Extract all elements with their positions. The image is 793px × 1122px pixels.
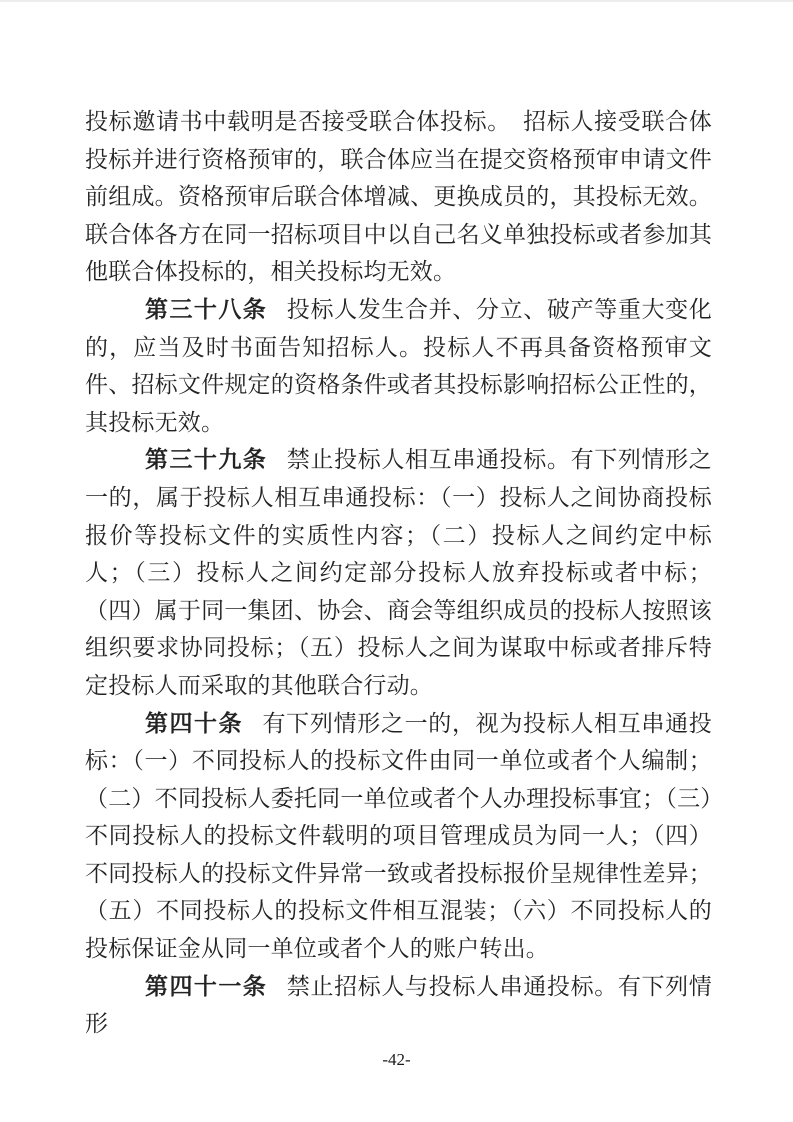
paragraph: 投标邀请书中载明是否接受联合体投标。 招标人接受联合体投标并进行资格预审的，联合… bbox=[85, 103, 712, 291]
article-number: 第三十八条 bbox=[145, 297, 267, 322]
paragraph: 第三十九条禁止投标人相互串通投标。有下列情形之一的，属于投标人相互串通投标：（一… bbox=[85, 441, 712, 704]
document-body: 投标邀请书中载明是否接受联合体投标。 招标人接受联合体投标并进行资格预审的，联合… bbox=[85, 103, 712, 1043]
paragraph: 第四十一条禁止招标人与投标人串通投标。有下列情形 bbox=[85, 968, 712, 1043]
paragraph: 第四十条有下列情形之一的，视为投标人相互串通投标：（一）不同投标人的投标文件由同… bbox=[85, 705, 712, 968]
page-top-edge bbox=[0, 0, 793, 2]
page-number: -42- bbox=[0, 1049, 793, 1071]
article-number: 第四十一条 bbox=[145, 974, 267, 999]
article-number: 第三十九条 bbox=[145, 447, 267, 472]
paragraph: 第三十八条投标人发生合并、分立、破产等重大变化的，应当及时书面告知招标人。投标人… bbox=[85, 291, 712, 441]
article-text: 禁止投标人相互串通投标。有下列情形之一的，属于投标人相互串通投标：（一）投标人之… bbox=[85, 447, 712, 698]
article-number: 第四十条 bbox=[145, 711, 243, 736]
document-page: 投标邀请书中载明是否接受联合体投标。 招标人接受联合体投标并进行资格预审的，联合… bbox=[0, 0, 793, 1122]
article-text: 有下列情形之一的，视为投标人相互串通投标：（一）不同投标人的投标文件由同一单位或… bbox=[85, 711, 712, 962]
article-text: 投标邀请书中载明是否接受联合体投标。 招标人接受联合体投标并进行资格预审的，联合… bbox=[85, 109, 712, 284]
